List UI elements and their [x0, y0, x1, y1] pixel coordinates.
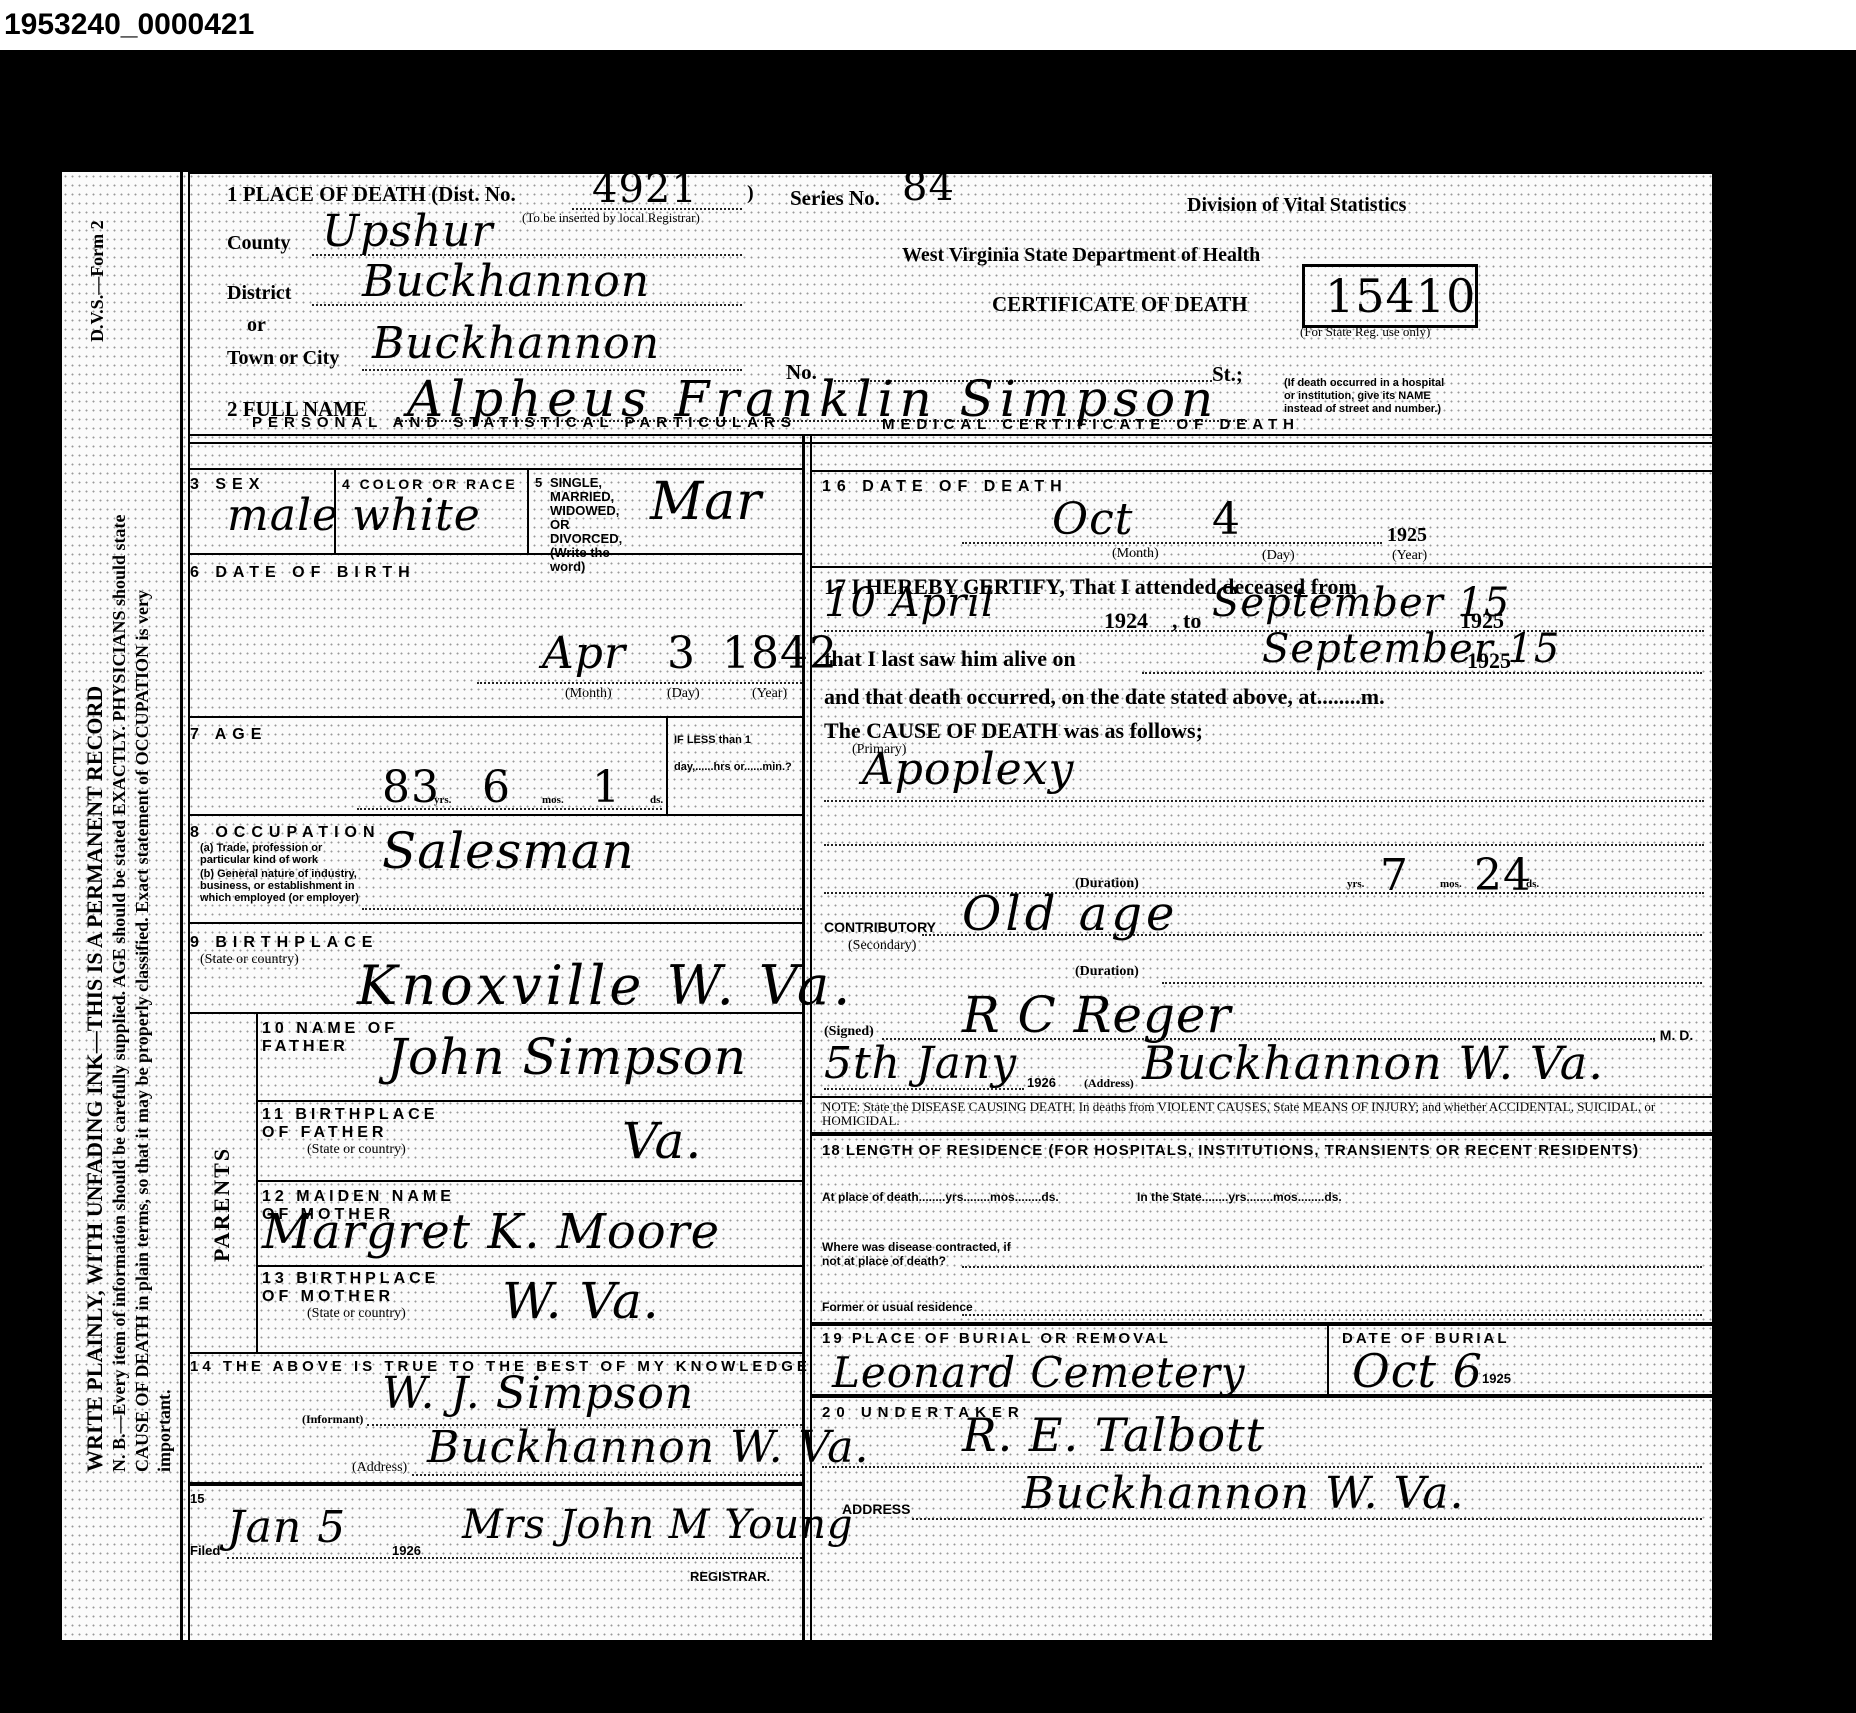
last-saw-value: September 15	[1262, 626, 1560, 672]
division-title: Division of Vital Statistics	[1187, 194, 1406, 217]
mother-birthplace-value: W. Va.	[502, 1272, 660, 1330]
occurred-text: and that death occurred, on the date sta…	[824, 684, 1385, 710]
divider	[188, 922, 802, 924]
filed-year: 1926	[392, 1544, 421, 1558]
dod-year-caption: (Year)	[1392, 548, 1427, 564]
burial-date-value: Oct 6	[1352, 1344, 1483, 1398]
contributory-label: CONTRIBUTORY	[824, 920, 936, 934]
death-certificate: WRITE PLAINLY, WITH UNFADING INK—THIS IS…	[62, 172, 1712, 1640]
cell-divider	[334, 468, 336, 553]
undertaker-signature: R. E. Talbott	[962, 1408, 1265, 1462]
dod-day: 4	[1212, 494, 1241, 545]
county-value: Upshur	[322, 206, 494, 257]
signed-address-label: (Address)	[1084, 1076, 1134, 1091]
age-yrs-caption: yrs.	[434, 794, 451, 806]
dod-year: 1925	[1387, 524, 1427, 547]
undertaker-address-label: ADDRESS	[842, 1502, 910, 1516]
filed-num: 15	[190, 1492, 204, 1506]
marital-value: Mar	[650, 472, 762, 532]
age-days: 1	[592, 762, 621, 813]
informant-address-value: Buckhannon W. Va.	[427, 1422, 870, 1473]
divider	[810, 1096, 1712, 1098]
burial-place-label: 19 PLACE OF BURIAL OR REMOVAL	[822, 1330, 1171, 1347]
series-label: Series No.	[790, 186, 880, 211]
divider	[810, 470, 1712, 472]
divider	[188, 442, 1712, 444]
duration-label-2: (Duration)	[1075, 964, 1139, 980]
occupation-b-label: (b) General nature of industry, business…	[200, 868, 370, 904]
informant-value: W. J. Simpson	[382, 1368, 694, 1419]
margin-border-inner	[188, 172, 190, 1640]
divider	[188, 1352, 802, 1354]
residence-label: 18 LENGTH OF RESIDENCE (FOR HOSPITALS, I…	[822, 1142, 1702, 1159]
dod-day-caption: (Day)	[1262, 548, 1295, 564]
dob-year-caption: (Year)	[752, 686, 787, 702]
district-label: District	[227, 282, 291, 305]
secondary-label: (Secondary)	[848, 938, 916, 954]
signed-year: 1926	[1027, 1076, 1056, 1090]
informant-label: (Informant)	[302, 1412, 363, 1427]
dod-line	[962, 542, 1382, 544]
divider	[256, 1180, 802, 1182]
margin-instructions-3: important.	[154, 1390, 175, 1473]
dist-close: )	[747, 182, 754, 205]
last-saw-text: that I last saw him alive on	[824, 646, 1076, 672]
last-saw-line	[1142, 672, 1702, 674]
birthplace-value: Knoxville W. Va.	[357, 954, 854, 1017]
race-value: white	[352, 490, 481, 541]
filed-date: Jan 5	[227, 1502, 346, 1553]
registrar-signature: Mrs John M Young	[462, 1502, 854, 1548]
margin-border	[180, 172, 183, 1640]
contracted-line	[962, 1266, 1702, 1268]
divider	[188, 553, 802, 555]
occupation-a-label: (a) Trade, profession or particular kind…	[200, 842, 370, 866]
medical-section-title: MEDICAL CERTIFICATE OF DEATH	[882, 416, 1300, 433]
duration-line-2	[1162, 982, 1702, 984]
duration-years: 7	[1380, 850, 1409, 901]
department-title: West Virginia State Department of Health	[902, 244, 1260, 267]
dob-month-caption: (Month)	[565, 686, 612, 702]
divider	[188, 1012, 802, 1014]
divider	[810, 1394, 1712, 1398]
cert-number-note: (For State Reg. use only)	[1300, 324, 1430, 340]
district-value: Buckhannon	[362, 256, 650, 307]
mother-birthplace-caption: (State or country)	[307, 1306, 406, 1322]
registrar-label: REGISTRAR.	[690, 1570, 770, 1584]
occupation-label: 8 OCCUPATION	[190, 824, 381, 842]
less-than-day: IF LESS than 1 day,......hrs or......min…	[674, 727, 799, 781]
filed-label: Filed	[190, 1544, 220, 1558]
duration-days: 24	[1474, 850, 1532, 901]
attended-from: 10 April	[824, 580, 995, 626]
duration-yrs-caption: yrs.	[1347, 878, 1364, 890]
margin-instructions-1: N. B.—Every item of information should b…	[109, 515, 130, 1472]
parents-label: PARENTS	[209, 1147, 235, 1262]
to-label: , to	[1172, 608, 1201, 634]
divider	[810, 1322, 1712, 1326]
contributory-value: Old age	[962, 886, 1178, 942]
mother-birthplace-label: 13 BIRTHPLACE OF MOTHER	[262, 1270, 442, 1306]
father-value: John Simpson	[387, 1028, 747, 1086]
cause-text: The CAUSE OF DEATH was as follows;	[824, 718, 1203, 744]
mother-value: Margret K. Moore	[262, 1204, 720, 1260]
divider	[188, 468, 802, 470]
residence-at-place: At place of death........yrs........mos.…	[822, 1190, 1059, 1204]
former-residence-label: Former or usual residence	[822, 1300, 973, 1314]
parents-divider	[256, 1012, 258, 1352]
duration-line	[824, 892, 1704, 894]
residence-in-state: In the State........yrs........mos......…	[1137, 1190, 1342, 1204]
divider	[256, 1100, 802, 1102]
md-label: , M. D.	[1652, 1028, 1693, 1042]
signed-date: 5th Jany	[824, 1038, 1017, 1089]
divider	[188, 716, 802, 718]
marital-num: 5	[535, 476, 542, 490]
filed-line	[227, 1557, 802, 1559]
dob-day: 3	[667, 628, 696, 679]
dob-day-caption: (Day)	[667, 686, 700, 702]
undertaker-address-value: Buckhannon W. Va.	[1022, 1468, 1465, 1519]
burial-divider	[1327, 1322, 1329, 1394]
place-of-death-label: 1 PLACE OF DEATH (Dist. No.	[227, 182, 516, 207]
cell-divider	[527, 468, 529, 553]
duration-mos-caption: mos.	[1440, 878, 1462, 890]
cert-number: 15410	[1325, 269, 1476, 323]
hospital-note: (If death occurred in a hospital or inst…	[1284, 377, 1454, 416]
divider	[810, 566, 1712, 568]
cause-line-1	[824, 800, 1704, 802]
note-text: NOTE: State the DISEASE CAUSING DEATH. I…	[822, 1100, 1702, 1128]
father-birthplace-label: 11 BIRTHPLACE OF FATHER	[262, 1106, 442, 1142]
burial-year: 1925	[1482, 1372, 1511, 1386]
sex-value: male	[227, 490, 339, 541]
signed-address: Buckhannon W. Va.	[1142, 1036, 1604, 1090]
divider	[188, 1482, 802, 1486]
dist-note: (To be inserted by local Registrar)	[522, 210, 700, 226]
marital-label: SINGLE, MARRIED, WIDOWED, OR DIVORCED, (…	[550, 476, 640, 574]
birthplace-caption: (State or country)	[200, 952, 299, 968]
occupation-b-line	[362, 908, 802, 910]
top-border	[188, 172, 1712, 174]
burial-place-value: Leonard Cemetery	[832, 1348, 1246, 1397]
informant-address-label: (Address)	[352, 1460, 407, 1476]
series-no: 84	[902, 164, 955, 210]
dod-month-caption: (Month)	[1112, 546, 1159, 562]
informant-address-line	[412, 1474, 802, 1476]
cert-number-box: 15410	[1302, 264, 1478, 328]
town-value: Buckhannon	[372, 318, 660, 369]
age-mos-caption: mos.	[542, 794, 564, 806]
attended-from-year: 1924	[1104, 608, 1148, 634]
father-birthplace-value: Va.	[622, 1112, 702, 1170]
primary-cause: Apoplexy	[862, 744, 1074, 795]
or-label: or	[247, 314, 266, 337]
age-years: 83	[382, 762, 440, 813]
contracted-label: Where was disease contracted, if not at …	[822, 1240, 1022, 1268]
last-saw-year: 1925	[1467, 648, 1511, 674]
dob-label: 6 DATE OF BIRTH	[190, 564, 416, 582]
father-birthplace-caption: (State or country)	[307, 1142, 406, 1158]
dob-line	[477, 682, 802, 684]
divider	[188, 814, 802, 816]
birthplace-label: 9 BIRTHPLACE	[190, 934, 378, 952]
occupation-value: Salesman	[382, 822, 635, 880]
county-label: County	[227, 232, 290, 255]
certificate-title: CERTIFICATE OF DEATH	[992, 292, 1248, 317]
dob-year: 1842	[722, 628, 838, 679]
cause-line-2	[824, 844, 1704, 846]
age-ds-caption: ds.	[650, 794, 663, 806]
former-residence-line	[962, 1314, 1702, 1316]
divider	[810, 1132, 1712, 1136]
personal-section-title: PERSONAL AND STATISTICAL PARTICULARS	[252, 414, 797, 431]
margin-instructions-2: CAUSE OF DEATH in plain terms, so that i…	[132, 590, 153, 1472]
dod-label: 16 DATE OF DEATH	[822, 478, 1068, 496]
dob-month: Apr	[542, 628, 626, 679]
age-months: 6	[482, 762, 511, 813]
image-id: 1953240_0000421	[0, 0, 254, 50]
form-label: D.V.S.—Form 2	[87, 220, 108, 342]
age-label: 7 AGE	[190, 726, 267, 744]
divider	[256, 1265, 802, 1267]
duration-ds-caption: ds.	[1526, 878, 1539, 890]
divider	[188, 434, 1712, 436]
town-label: Town or City	[227, 347, 339, 370]
cell-divider	[666, 716, 668, 814]
dod-month: Oct	[1052, 494, 1133, 545]
margin-permanent-record: WRITE PLAINLY, WITH UNFADING INK—THIS IS…	[82, 686, 108, 1472]
